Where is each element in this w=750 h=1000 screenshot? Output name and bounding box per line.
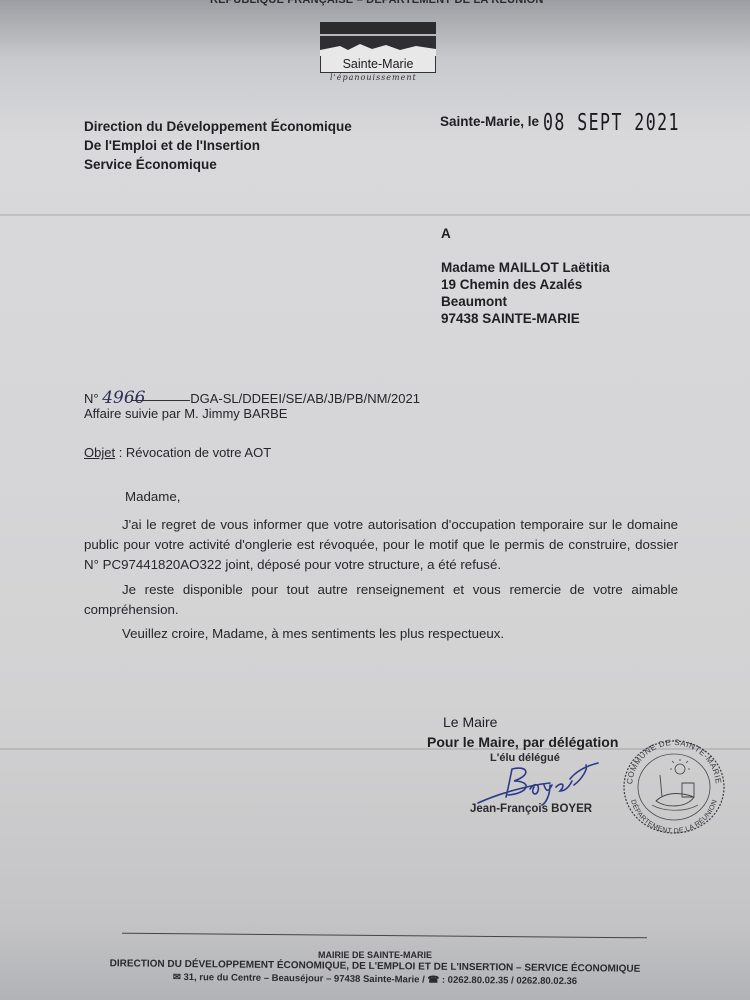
- signatory-name: Jean-François BOYER: [470, 803, 592, 815]
- paragraph: Veuillez croire, Madame, à mes sentiment…: [84, 624, 678, 644]
- paragraph: J'ai le regret de vous informer que votr…: [84, 515, 678, 575]
- reference-blank-line: [132, 400, 190, 401]
- subject-line: Objet : Révocation de votre AOT: [84, 445, 271, 460]
- municipal-seal-icon: COMMUNE DE SAINTE-MARIE DÉPARTEMENT DE L…: [618, 735, 730, 835]
- subject-text: : Révocation de votre AOT: [115, 445, 271, 460]
- sainte-marie-logo: Sainte-Marie: [318, 22, 438, 74]
- footer-divider: [122, 933, 647, 939]
- reference-prefix: N°: [84, 391, 99, 406]
- logo-band-icon: [320, 22, 436, 34]
- republic-header: RÉPUBLIQUE FRANÇAISE – DÉPARTEMENT DE LA…: [210, 0, 544, 6]
- reference-code: DGA-SL/DDEEI/SE/AB/JB/PB/NM/2021: [190, 391, 420, 406]
- sender-line: Direction du Développement Économique: [84, 117, 352, 136]
- recipient-district: Beaumont: [441, 293, 610, 310]
- mail-icon: ✉: [173, 972, 181, 983]
- recipient-city: 97438 SAINTE-MARIE: [441, 310, 610, 327]
- date-stamp: 08 SEPT 2021: [543, 110, 680, 136]
- sender-line: Service Économique: [84, 155, 352, 174]
- logo-tagline: l'épanouissement: [330, 73, 417, 82]
- recipient-block: A Madame MAILLOT Laëtitia 19 Chemin des …: [441, 225, 610, 327]
- sender-block: Direction du Développement Économique De…: [84, 117, 352, 174]
- signature-title: Le Maire: [443, 714, 497, 730]
- footer-address: 31, rue du Centre – Beauséjour – 97438 S…: [183, 972, 424, 986]
- reference-handwritten-number: 4966: [102, 388, 132, 408]
- followed-by: Affaire suivie par M. Jimmy BARBE: [84, 406, 287, 421]
- logo-label: Sainte-Marie: [320, 56, 436, 73]
- signature-delegation: Pour le Maire, par délégation: [427, 734, 618, 750]
- salutation: Madame,: [125, 489, 180, 504]
- paper-fold: [0, 214, 750, 216]
- recipient-to: A: [441, 225, 610, 242]
- svg-text:DÉPARTEMENT DE LA RÉUNION: DÉPARTEMENT DE LA RÉUNION: [629, 799, 719, 835]
- footer-phone: : 0262.80.02.35 / 0262.80.02.36: [442, 975, 577, 987]
- phone-icon: ☎: [427, 975, 439, 986]
- date-label: Sainte-Marie, le: [440, 114, 539, 129]
- handwritten-signature-icon: [470, 755, 610, 810]
- recipient-street: 19 Chemin des Azalés: [441, 276, 610, 293]
- reference-line: N° 4966DGA-SL/DDEEI/SE/AB/JB/PB/NM/2021: [84, 388, 420, 408]
- subject-label: Objet: [84, 445, 115, 460]
- recipient-name: Madame MAILLOT Laëtitia: [441, 259, 610, 276]
- paragraph: Je reste disponible pour tout autre rens…: [84, 580, 678, 620]
- logo-wave-icon: [320, 36, 436, 56]
- sender-line: De l'Emploi et de l'Insertion: [84, 136, 352, 155]
